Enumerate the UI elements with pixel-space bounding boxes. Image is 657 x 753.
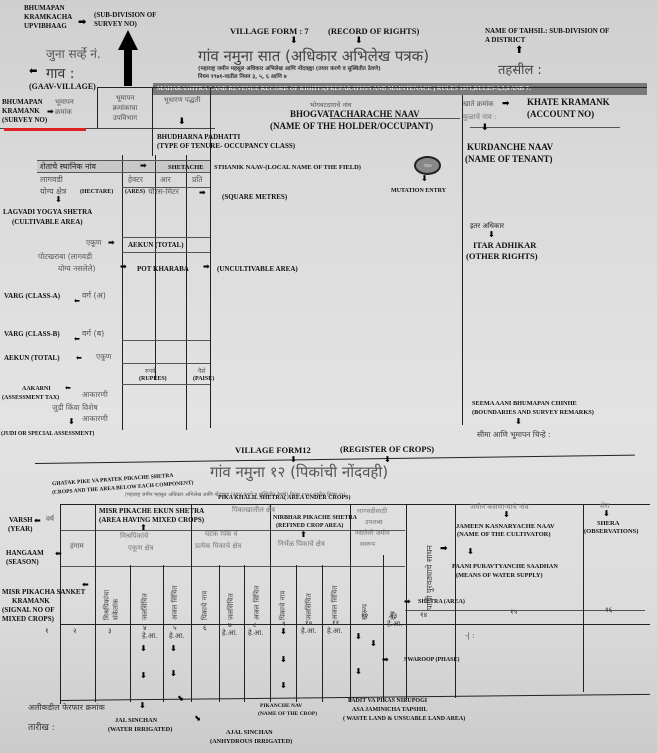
- arrow-down-icon: ⬇: [355, 668, 362, 676]
- local-name-label: शेताचे स्थानिक नांव: [40, 161, 96, 172]
- arrow-down-icon: ⬇: [290, 37, 298, 46]
- waste-label-2: उपलब्ध: [365, 517, 383, 526]
- column-number: ३: [108, 627, 112, 636]
- arrow-down-icon: ⬇: [68, 418, 75, 426]
- year-label: वर्ष: [46, 515, 54, 524]
- anhydrous-annotation-2: (ANHYDROUS IRRIGATED): [210, 737, 292, 746]
- survey-no-annotation: BHUMAPAN KRAMANK (SURVEY NO): [2, 98, 48, 125]
- village-form-12-label: VILLAGE FORM12: [235, 445, 311, 456]
- season-label: हंगाम: [70, 542, 84, 551]
- rupees-marathi: रुपये: [145, 367, 155, 375]
- holder-annotation-1: BHOGVATACHARACHE NAAV: [290, 109, 420, 120]
- vertical-header: जलसिंचित: [304, 570, 313, 620]
- red-underline: [4, 128, 86, 131]
- arrow-right-icon: ➡: [440, 545, 448, 554]
- vertical-header: जलसिंचित: [226, 570, 235, 620]
- rupees-label: (RUPEES): [139, 375, 167, 384]
- column-number: १५: [510, 608, 517, 617]
- holder-column-label: भोगवटदाराचे नांव: [310, 100, 351, 109]
- subdivision-annotation-2: (SUB-DIVISION OF SURVEY NO): [94, 11, 158, 29]
- arrow-down-icon: ⬇: [139, 702, 146, 710]
- waste-land-annotation-3: ( WASTE LAND & UNSUABLE LAND AREA): [343, 715, 465, 724]
- tahsil-note: NAME OF TAHSIL: SUB-DIVISION OF A DISTRI…: [485, 27, 615, 45]
- season-annotation-2: (SEASON): [6, 558, 39, 567]
- account-annotation-2: (ACCOUNT NO): [527, 109, 594, 120]
- water-annotation-1: PAANI PURAVTYANCHE SAADHAN: [452, 562, 558, 571]
- are-unit: आर: [160, 175, 171, 185]
- mixed-code-annotation-2: KRAMANK: [12, 597, 50, 606]
- arrow-left-icon: ⬅: [29, 67, 37, 77]
- record-of-rights-label: (RECORD OF RIGHTS): [328, 26, 419, 37]
- total-annotation: AEKUN (TOTAL): [128, 241, 184, 250]
- season-annotation-1: HANGAAM: [6, 549, 44, 558]
- pot-kharaba-annotation: POT KHARABA: [137, 265, 189, 274]
- arrow-right-icon: ➡: [404, 598, 411, 606]
- vertical-header: अजल सिंचित: [170, 570, 179, 620]
- holder-annotation-2: (NAME OF THE HOLDER/OCCUPANT): [270, 121, 433, 132]
- observations-annotation-2: (OBSERVATIONS): [584, 527, 638, 536]
- ares-label: (ARES): [125, 188, 145, 197]
- column-number: २: [73, 627, 77, 636]
- tenant-annotation-1: KURDANCHE NAAV: [467, 142, 553, 153]
- paise-marathi: पैसे: [198, 367, 205, 375]
- uncultivable-annotation: (UNCULTIVABLE AREA): [217, 265, 298, 274]
- village-label: गाव :: [46, 64, 74, 83]
- village-annotation: (GAAV-VILLAGE): [29, 82, 96, 91]
- arrow-down-icon: ⬇: [280, 682, 287, 690]
- arrow-down-icon: ⬇: [603, 510, 610, 518]
- paise-label: (PAISE): [193, 375, 214, 384]
- class-a-annotation: VARG (CLASS-A): [4, 292, 60, 301]
- form7-title: गांव नमुना सात (अधिकार अभिलेख पत्रक): [198, 46, 429, 66]
- cultivable-annotation-1: LAGVADI YOGYA SHETRA: [3, 208, 92, 217]
- arrow-down-icon: ⬇: [370, 640, 377, 648]
- waste-label-3: नसलेली जमीन: [355, 528, 390, 537]
- arrow-right-icon: ➡: [140, 162, 147, 170]
- class-b-annotation: VARG (CLASS-B): [4, 330, 60, 339]
- form7-subtitle-1: (महाराष्ट्र जमीन महसूल अधिकार अभिलेख आणि…: [198, 64, 381, 72]
- pot-kharaba-label-1: पोटखराबा (लागवडी: [38, 252, 92, 262]
- column-number: १: [45, 627, 49, 636]
- water-irrigated-annotation-1: JAL SINCHAN: [115, 716, 157, 725]
- unit-label: हे.आ.: [387, 620, 402, 629]
- tenant-annotation-2: (NAME OF TENANT): [465, 154, 553, 165]
- vertical-header: पिकाचे नाव: [278, 570, 287, 620]
- mixed-area-label-2: एकूण क्षेत्र: [128, 544, 153, 553]
- subdivision-column-label: भूमापन क्रमांकाचा उपविभाग: [103, 93, 147, 123]
- footer-date-label: तारीख :: [28, 720, 55, 733]
- total-label: एकूण: [86, 238, 101, 248]
- arrow-down-icon: ⬇: [280, 628, 287, 636]
- vertical-header: जलसिंचित: [140, 570, 149, 620]
- judi-label-2: आकारणी: [82, 414, 108, 424]
- local-name-annotation-2: STHANIK NAAV-(LOCAL NAME OF THE FIELD): [214, 163, 361, 172]
- arrow-right-icon: ➡: [78, 18, 86, 28]
- unit-label: हे.आ.: [248, 629, 263, 638]
- arrow-left-icon: ⬅: [76, 355, 82, 362]
- area-annotation: SHETRA (AREA): [418, 598, 465, 607]
- cultivable-label-2: योग्य क्षेत्र: [40, 186, 66, 197]
- form7-subtitle-2: नियम १९७१-यातील नियम ३, ५, ६ आणि ७: [198, 72, 287, 80]
- other-rights-annotation-2: (OTHER RIGHTS): [466, 251, 538, 262]
- unit-label: हे.आ.: [222, 629, 237, 638]
- cultivable-annotation-2: (CULTIVABLE AREA): [12, 218, 83, 227]
- unit-label: हे.आ.: [327, 627, 342, 636]
- blank-mark: -| :: [465, 632, 474, 640]
- tenure-annotation-2: (TYPE OF TENURE- OCCUPANCY CLASS): [157, 142, 295, 151]
- arrow-down-icon: ⬇: [178, 118, 186, 127]
- tahsil-label: तहसील :: [498, 60, 542, 78]
- vertical-header-row: मिश्रपिकांचा संकेतांक जलसिंचित अजल सिंचि…: [60, 566, 406, 624]
- cultivable-label-1: लागवडी: [40, 174, 63, 185]
- arrow-down-icon: ⬇: [488, 231, 495, 239]
- water-annotation-2: (MEANS OF WATER SUPPLY): [456, 571, 543, 580]
- judi-annotation: (JUDI OR SPECIAL ASSESSMENT): [1, 430, 94, 439]
- form7-banner: MAHARASHTRA LAND REVENUE RECORD OF RIGHT…: [153, 83, 647, 95]
- refined-annotation-2: (REFINED CROP AREA): [276, 522, 343, 531]
- arrow-down-icon: ⬇: [55, 196, 62, 204]
- arrow-down-icon: ⬇: [170, 645, 177, 653]
- hectare-unit: हेक्टर: [128, 175, 143, 185]
- account-column-label: खाते क्रमांक: [463, 100, 494, 109]
- column-number: १४: [420, 611, 427, 620]
- assessment-annotation-2: (ASSESSMENT TAX): [2, 394, 59, 403]
- column-number: ६: [203, 624, 207, 633]
- form12-title: गांव नमुना १२ (पिकांची नोंदवही): [210, 462, 388, 482]
- tenant-label: कुळाचे नाव :: [463, 113, 496, 122]
- phase-annotation: SWAROOP (PHASE): [404, 656, 460, 665]
- column-number: १२: [361, 612, 368, 621]
- arrow-right-icon: ➡: [47, 108, 54, 116]
- year-annotation-1: VARSH: [9, 516, 33, 525]
- area-under-crops-annotation: PIKA KHALIL SHETRA( AREA UNDER CROPS): [218, 494, 351, 503]
- arrow-down-icon: ⬇: [170, 670, 177, 678]
- boundaries-annotation-2: (BOUNDARIES AND SURVEY REMARKS): [472, 408, 594, 417]
- arrow-down-icon: ⬇: [140, 672, 147, 680]
- vertical-header: अजल सिंचित: [252, 570, 261, 620]
- year-annotation-2: (YEAR): [8, 525, 33, 534]
- prati-unit: प्रति: [192, 175, 203, 185]
- arrow-left-icon: ⬅: [74, 298, 80, 305]
- mutation-entry-oval: 7654: [414, 156, 441, 175]
- mutation-annotation: MUTATION ENTRY: [391, 187, 446, 196]
- subdivision-annotation-1: BHUMAPAN KRAMKACHA UPVIBHAAG: [24, 4, 76, 31]
- crop-name-annotation-2: (NAME OF THE CROP): [258, 710, 317, 719]
- total2-annotation: AEKUN (TOTAL): [4, 354, 60, 363]
- arrow-up-icon: ⬆: [140, 524, 147, 532]
- arrow-down-icon: ⬇: [421, 175, 428, 183]
- water-irrigated-annotation-2: (WATER IRRIGATED): [108, 725, 172, 734]
- column-number: १६: [605, 606, 612, 615]
- arrow-down-icon: ⬇: [515, 418, 522, 426]
- footer-label-1: अलीकडील फेरफार क्रमांक: [28, 702, 105, 713]
- area-under-crops-label: पिकाखालील क्षेत्र: [232, 506, 275, 515]
- arrow-up-large-icon: [118, 30, 138, 86]
- register-of-crops-label: (REGISTER OF CROPS): [340, 444, 434, 455]
- mixed-code-annotation-3: (SIGNAL NO OF: [2, 606, 55, 615]
- arrow-down-icon: ⬇: [140, 645, 147, 653]
- arrow-right-icon: ➡: [203, 263, 210, 271]
- refined-label: निर्भेळ पिकाचे क्षेत्र: [278, 540, 325, 549]
- arrow-down-icon: ⬇: [280, 656, 287, 664]
- arrow-left-icon: ⬅: [34, 517, 41, 525]
- local-name-annotation-1: SHETACHE: [168, 163, 204, 172]
- boundaries-label: सीमा आणि भूमापन चिन्हे :: [477, 430, 551, 440]
- arrow-right-icon: ➡: [382, 656, 389, 664]
- tenure-annotation-1: BHUDHARNA PADHATTI: [157, 133, 240, 142]
- hectare-label: (HECTARE): [80, 188, 113, 197]
- waste-label-4: स्वरूप: [360, 539, 375, 548]
- mixed-area-label-1: मिश्रपिकांचे: [120, 532, 148, 541]
- class-a-label: वर्ग (अ): [82, 290, 106, 301]
- pot-kharaba-label-2: योग्य नसलेले): [58, 264, 95, 274]
- arrow-down-icon: ⬇: [355, 37, 363, 46]
- arrow-down-right-icon: ⬇: [176, 694, 186, 704]
- vertical-header: अजल सिंचित: [330, 570, 339, 620]
- arrow-left-icon: ⬅: [65, 385, 71, 392]
- boundaries-annotation-1: SEEMA AANI BHUMAPAN CHINHE: [472, 399, 577, 408]
- cultivator-label: जमीन कसणाऱ्याचे नांव: [470, 503, 529, 512]
- cultivator-annotation-2: (NAME OF THE CULTIVATOR): [457, 530, 551, 539]
- total2-label: एकूण: [96, 352, 111, 362]
- survey-no-label: भूमापन क्रमांक: [55, 97, 91, 117]
- arrow-left-icon: ⬅: [74, 336, 80, 343]
- arrow-up-icon: ⬆: [300, 531, 307, 539]
- arrow-down-right-icon: ⬇: [193, 714, 203, 724]
- vertical-header: पिकाचे नाव: [200, 570, 209, 620]
- unit-label: हे.आ.: [169, 632, 184, 641]
- assessment-annotation-1: AAKARNI: [22, 385, 51, 394]
- arrow-down-icon: ⬇: [481, 124, 489, 133]
- other-rights-annotation-1: ITAR ADHIKAR: [473, 240, 536, 251]
- mixed-area-annotation-1: MISR PIKACHE EKUN SHETRA: [99, 507, 204, 516]
- water-source-label: पाणी पुरवठ्याचे साधन: [424, 520, 435, 610]
- assessment-label: आकारणी: [82, 390, 108, 400]
- arrow-right-icon: ➡: [108, 239, 115, 247]
- class-b-label: वर्ग (ब): [82, 328, 104, 339]
- sq-m-unit: चौरस-मिटर: [148, 187, 179, 197]
- tenure-column-label: भूधारण पद्धती: [160, 95, 204, 105]
- unit-label: हे.आ.: [301, 627, 316, 636]
- judi-label-1: जुडी किंवा विशेष: [52, 403, 98, 413]
- arrow-down-icon: ⬇: [355, 633, 362, 641]
- waste-land-annotation-2: ASA JAMINICHA TAPSHIL: [352, 706, 427, 715]
- arrow-right-icon: ➡: [199, 189, 206, 197]
- account-annotation-1: KHATE KRAMANK: [527, 97, 610, 108]
- component-label-2: प्रत्येक पिकाचे क्षेत्र: [195, 542, 241, 551]
- old-survey-label: जुना सर्व्हे नं.: [46, 45, 101, 62]
- mixed-area-annotation-2: (AREA HAVING MIXED CROPS): [99, 516, 204, 525]
- arrow-right-icon: ➡: [502, 100, 510, 109]
- arrow-up-icon: ⬆: [515, 46, 523, 56]
- vertical-header: मिश्रपिकांचा संकेतांक: [102, 570, 120, 620]
- arrow-down-icon: ⬇: [467, 548, 474, 556]
- anhydrous-annotation-1: AJAL SINCHAN: [226, 728, 273, 737]
- arrow-down-icon: ⬇: [503, 511, 510, 519]
- arrow-left-icon: ⬅: [55, 550, 62, 558]
- arrow-right-icon: ➡: [120, 263, 127, 271]
- unit-label: हे.आ.: [142, 632, 157, 641]
- component-label-1: घटक पिके व: [205, 530, 238, 539]
- waste-label-1: लागवडीसाठी: [357, 506, 387, 515]
- mixed-code-annotation-4: MIXED CROPS): [2, 615, 54, 624]
- square-metres-annotation: (SQUARE METRES): [222, 193, 287, 202]
- waste-land-annotation-1: PADIT VA PIKAS NIRUPOGI: [348, 697, 427, 706]
